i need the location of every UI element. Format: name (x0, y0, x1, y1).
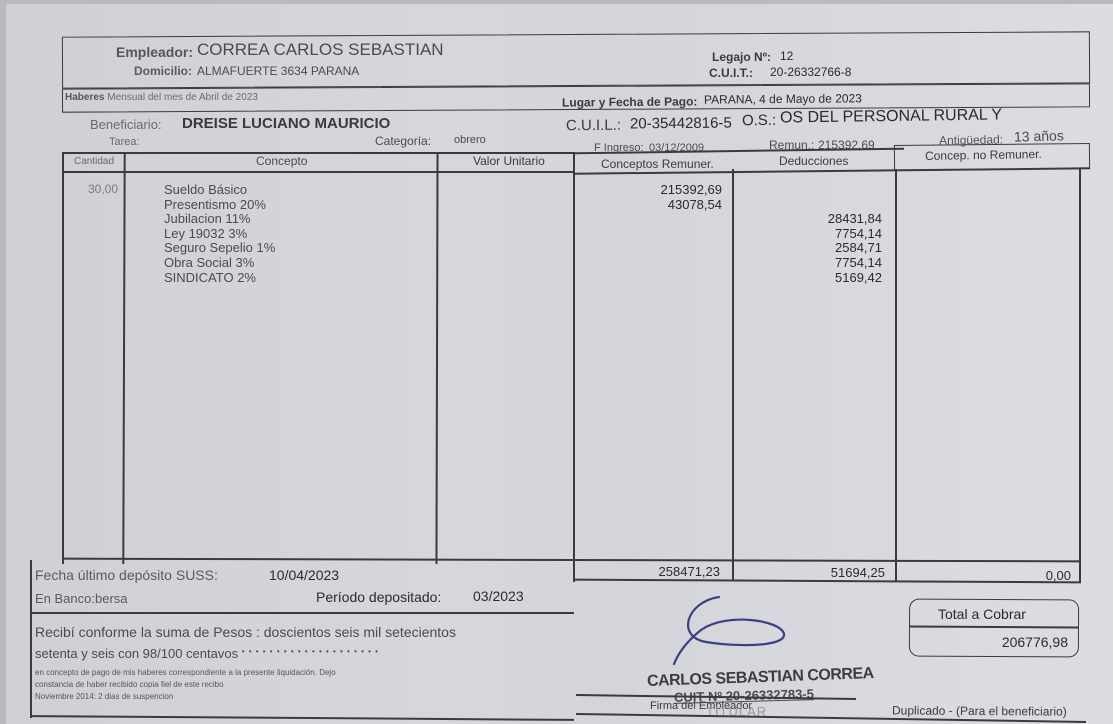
col-divider-2 (435, 152, 438, 564)
row-concepto: Obra Social 3% (164, 255, 254, 270)
total-remuner: 258471,23 (586, 564, 720, 579)
row-deduccion: 28431,84 (736, 211, 882, 226)
row-cantidad: 30,00 (66, 182, 118, 196)
antiguedad-value: 13 años (1014, 127, 1064, 144)
haberes-label: Haberes (65, 92, 104, 103)
category-value: obrero (454, 134, 486, 146)
row-concepto: SINDICATO 2% (164, 270, 256, 285)
copy-label: Duplicado - (Para el beneficiario) (892, 703, 1067, 718)
col-header-cantidad: Cantidad (74, 156, 114, 167)
col-divider-3 (573, 152, 575, 582)
payment-place-value: PARANA, 4 de Mayo de 2023 (704, 91, 862, 106)
cuil-label: C.U.I.L.: (566, 117, 621, 134)
category-label: Categoría: (375, 134, 431, 148)
employer-name: CORREA CARLOS SEBASTIAN (197, 40, 444, 60)
table-right-border (1079, 168, 1081, 582)
table-left-border (62, 152, 64, 564)
beneficiary-name: DREISE LUCIANO MAURICIO (182, 115, 390, 132)
signature-scribble (666, 592, 796, 672)
receipt-small-line-3: Noviembre 2014: 2 dias de suspencion (35, 692, 173, 701)
bank-value: bersa (95, 591, 128, 606)
total-to-collect-label: Total a Cobrar (938, 606, 1026, 622)
row-concepto: Sueldo Básico (164, 182, 247, 197)
suss-value: 10/04/2023 (269, 567, 339, 583)
employer-cuit-label: C.U.I.T.: (709, 66, 753, 80)
row-deduccion: 5169,42 (736, 270, 882, 285)
period-deposited-label: Período depositado: (316, 589, 441, 605)
beneficiary-label: Beneficiario: (90, 117, 162, 132)
received-line-1: Recibí conforme la suma de Pesos : dosci… (35, 624, 456, 640)
received-dots: • • • • • • • • • • • • • • • • • • • • (242, 647, 379, 656)
bank-label: En Banco:bersa (35, 591, 128, 606)
row-remuner: 43078,54 (576, 197, 722, 212)
total-to-collect-value: 206776,98 (936, 634, 1068, 650)
received-line-2-text: setenta y seis con 98/100 centavos (35, 646, 238, 661)
row-deduccion: 7754,14 (736, 226, 882, 241)
row-deduccion: 7754,14 (736, 255, 882, 270)
col-divider-5 (895, 169, 897, 581)
table-body-bottom-line (62, 558, 1080, 562)
payment-place-label: Lugar y Fecha de Pago: (562, 94, 697, 109)
period-deposited-value: 03/2023 (473, 588, 524, 604)
receipt-small-line-1: en concepto de pago de mis haberes corre… (35, 668, 336, 677)
os-value: OS DEL PERSONAL RURAL Y (780, 106, 1002, 127)
col-header-concep-no-remuner: Concep. no Remuner. (925, 147, 1042, 163)
row-concepto: Seguro Sepelio 1% (164, 240, 275, 255)
period-label: Haberes Mensual del mes de Abril de 2023 (65, 92, 258, 103)
os-label: O.S.: (742, 112, 776, 129)
receipt-small-line-2: constancia de haber recibido copia fiel … (35, 680, 224, 689)
col-header-conceptos-remuner: Conceptos Remuner. (601, 157, 714, 171)
col-header-deducciones: Deducciones (779, 154, 848, 168)
col-divider-1 (122, 152, 125, 564)
total-box-divider (910, 626, 1078, 628)
table-header-bottom-left (62, 171, 574, 173)
row-concepto: Jubilacion 11% (164, 211, 250, 226)
receipt-top-line (30, 612, 574, 614)
period-text: Mensual del mes de Abril de 2023 (107, 92, 258, 103)
cuil-value: 20-35442816-5 (630, 115, 732, 133)
row-concepto: Ley 19032 3% (164, 226, 247, 241)
employer-label: Empleador: (116, 44, 193, 60)
suss-label: Fecha último depósito SUSS: (35, 567, 218, 583)
row-remuner: 215392,69 (576, 182, 722, 197)
payslip-paper: Empleador: CORREA CARLOS SEBASTIAN Domic… (6, 4, 1113, 724)
col-header-concepto: Concepto (256, 154, 307, 168)
bank-label-text: En Banco: (35, 591, 95, 606)
file-number-label: Legajo Nº: (712, 50, 771, 64)
receipt-bottom-line (30, 715, 574, 720)
task-label: Tarea: (109, 136, 140, 148)
employer-cuit-value: 20-26332766-8 (770, 65, 851, 79)
col-divider-4 (732, 169, 734, 581)
col-header-valor-unitario: Valor Unitario (473, 154, 545, 168)
row-deduccion: 2584,71 (736, 240, 882, 255)
received-line-2: setenta y seis con 98/100 centavos • • •… (35, 646, 379, 661)
row-concepto: Presentismo 20% (164, 197, 266, 212)
total-no-remuner: 0,00 (906, 568, 1071, 583)
total-deducciones: 51694,25 (746, 565, 885, 580)
file-number-value: 12 (780, 49, 793, 63)
address-value: ALMAFUERTE 3634 PARANA (197, 64, 359, 78)
address-label: Domicilio: (134, 64, 192, 78)
receipt-left-border (30, 560, 32, 718)
